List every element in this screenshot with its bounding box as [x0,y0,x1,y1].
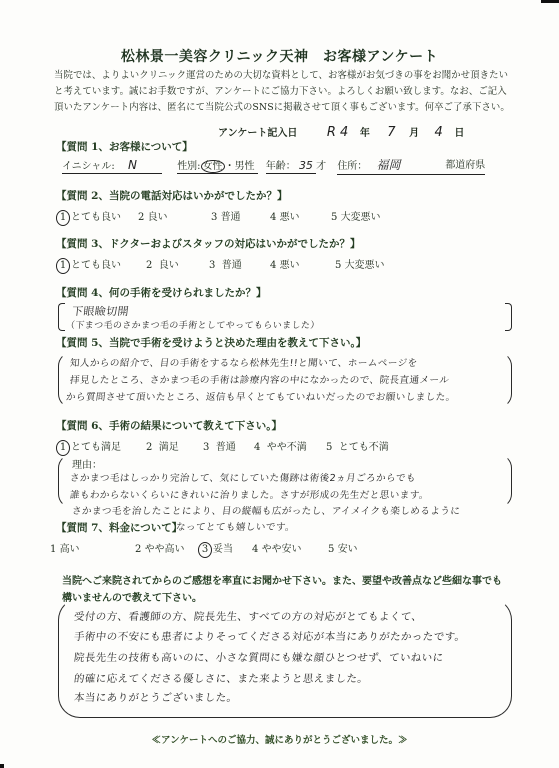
q6-option-5[interactable]: 5 とても不満 [326,438,389,453]
year-label: 年 [360,128,370,139]
date-month[interactable]: 7 [387,125,395,140]
age-field[interactable]: 年齢： 35 [266,161,316,174]
option-number: 5 [331,212,337,223]
option-label: やや高い [145,544,185,555]
address-suffix: 都道府県 [445,156,485,171]
option-number: 1 [50,544,56,555]
q2-option-4[interactable]: 4 悪い [270,208,300,223]
selected-circle: 3 [198,542,212,558]
q6-reason-line-2: 誰もわからないくらいにきれいに治りました。さすが形成の先生だと思います。 [69,487,429,501]
q5-answer-line-3: から質問させて頂いたところ、返信も早くとてもていねいだったのでお願いしました。 [65,389,456,403]
option-number: 2 [146,260,152,271]
q2-option-1[interactable]: 1とても良い [56,208,121,226]
q4-answer-line-1[interactable]: 下眼瞼切開 [71,303,130,319]
q6-option-4[interactable]: 4 やや不満 [254,438,307,453]
option-number: 5 [326,442,332,453]
q5-answer-line-2: 拝見したところ、さかまつ毛の手術は診療内容の中になかったので、院長直通メール [69,372,450,386]
option-number: 4 [254,442,260,453]
initial-label: イニシャル: [62,161,115,172]
q6-option-2[interactable]: 2 満足 [146,438,179,453]
option-number: 3 [211,212,217,223]
gender-option-female[interactable]: 女性 [201,160,225,173]
comments-answer-line-2: 手術中の不安にも患者によりそってくださる対応が本当にありがたかったです。 [73,629,466,644]
option-label: とても不満 [339,442,389,453]
gender-label: 性別: [177,161,200,172]
option-label: 妥当 [213,544,233,555]
q3-option-4[interactable]: 4 悪い [270,256,300,271]
q6-reason-line-1: さかまつ毛はしっかり完治して、気にしていた傷跡は術後2ヵ月ごろからでも [69,470,416,484]
option-number: 4 [270,212,276,223]
q7-option-4[interactable]: 4 やや安い [252,540,302,555]
option-number: 4 [252,544,258,555]
q5-answer-line-1: 知人からの紹介で、目の手術をするなら松林先生!!と聞いて、ホームページを [69,355,418,369]
comments-answer-line-3: 院長先生の技術も高いのに、小さな質問にも嫌な顔ひとつせず、ていねいに [73,650,444,665]
q7-option-5[interactable]: 5 安い [328,540,358,555]
q5-heading: 【質問 5、当院で手術を受けようと決めた理由を教えて下さい。】 [56,335,366,350]
option-number: 2 [146,442,152,453]
q1-heading: 【質問 1、お客様について】 [56,139,193,154]
q6-reason-line-4: なってとても嬉しいです。 [175,519,296,533]
q4-answer-line-2[interactable]: （下まつ毛のさかまつ毛の手術としてやってもらいました） [65,318,320,331]
q3-option-3[interactable]: 3 普通 [209,256,242,271]
option-label: 悪い [280,260,300,271]
q2-option-5[interactable]: 5 大変悪い [331,208,381,223]
option-label: とても良い [71,212,121,223]
q2-option-2[interactable]: 2 良い [138,208,168,223]
option-label: 高い [60,544,80,555]
option-number: 5 [328,544,334,555]
address-field[interactable]: 住所： 福岡 都道府県 [337,156,485,175]
gender-option-male[interactable]: 男性 [235,161,255,172]
option-label: とても満足 [71,442,121,453]
option-label: 普通 [216,442,236,453]
document-title: 松林景一美容クリニック天神 お客様アンケート [0,46,559,66]
address-label: 住所： [337,161,367,172]
comments-answer-line-5: 本当にありがとうございました。 [73,690,238,705]
q7-option-1[interactable]: 1 高い [50,540,80,555]
q2-heading: 【質問 2、当院の電話対応はいかがでしたか？】 [56,188,287,203]
option-label: 満足 [159,442,179,453]
option-label: 安い [338,544,358,555]
footer-thanks: ≪アンケートへのご協力、誠にありがとうございました。≫ [0,732,559,746]
option-label: 良い [148,212,168,223]
q1-fields: イニシャル: N 性別:女性・男性 年齢： 35 才 住所： 福岡 都道府県 [62,156,485,175]
option-number: 3 [209,260,215,271]
q3-option-2[interactable]: 2 良い [146,256,179,271]
q3-option-5[interactable]: 5 大変悪い [335,256,385,271]
option-number: 2 [135,544,141,555]
q3-heading: 【質問 3、ドクターおよびスタッフの対応はいかがでしたか？】 [56,236,361,251]
scan-corner-mark-top-right [541,0,559,3]
address-value: 福岡 [377,158,401,172]
date-label: アンケート記入日 [218,128,297,139]
option-label: 普通 [221,212,241,223]
option-label: 良い [159,260,179,271]
option-label: 悪い [280,212,300,223]
q7-option-3[interactable]: 3妥当 [198,540,233,558]
option-label: やや安い [262,544,302,555]
comments-answer-line-4: 的確に応えてくださる優しさに、また来ようと思えました。 [73,671,369,686]
gender-separator: ・ [225,161,235,172]
initial-value: N [128,158,137,172]
option-label: とても良い [71,260,121,271]
age-label: 年齢： [266,161,296,172]
comments-prompt-line-1: 当院へご来院されてからのご感想を率直にお聞かせ下さい。また、要望や改善点など些細… [62,572,502,587]
q6-reason-label: 理由： [72,456,102,471]
age-value: 35 [299,159,313,172]
q6-reason-line-3: さかまつ毛を治したことにより、目の縦幅も広がったし、アイメイクも楽しめるように [71,503,461,517]
q2-option-3[interactable]: 3 普通 [211,208,241,223]
q4-bracket-right [505,303,512,331]
selected-circle: 1 [56,210,70,226]
date-day[interactable]: 4 [435,125,443,140]
initial-field[interactable]: イニシャル: N [62,157,162,174]
day-label: 日 [454,128,464,139]
option-number: 4 [270,260,276,271]
option-label: 大変悪い [345,260,385,271]
q6-heading: 【質問 6、手術の結果について教えて下さい。】 [56,418,282,433]
option-label: 普通 [222,260,242,271]
selected-circle: 1 [56,258,70,274]
q3-option-1[interactable]: 1とても良い [56,256,121,274]
q7-heading: 【質問 7、料金について】 [56,520,182,535]
age-unit: 才 [316,161,326,172]
q4-bracket-left [58,303,65,331]
option-label: 大変悪い [341,212,381,223]
q7-option-2[interactable]: 2 やや高い [135,540,185,555]
date-row: アンケート記入日 R 4 年 7 月 4 日 [218,124,464,140]
option-number: 5 [335,260,341,271]
date-era-year[interactable]: R 4 [327,125,348,140]
intro-text: 当院では、よりよいクリニック運営のための大切な資料として、お客様がお気づきの事を… [54,68,514,116]
month-label: 月 [409,128,419,139]
option-number: 2 [138,212,144,223]
gender-field[interactable]: 性別:女性・男性 [177,161,258,174]
q4-heading: 【質問 4、何の手術を受けられましたか？】 [56,285,266,300]
option-label: やや不満 [267,442,307,453]
comments-answer-line-1: 受付の方、看護師の方、院長先生、すべての方の対応がとてもよくて、 [73,609,423,624]
q6-option-3[interactable]: 3 普通 [203,438,236,453]
option-number: 3 [203,442,209,453]
scan-corner-mark-bottom-left [0,764,4,768]
